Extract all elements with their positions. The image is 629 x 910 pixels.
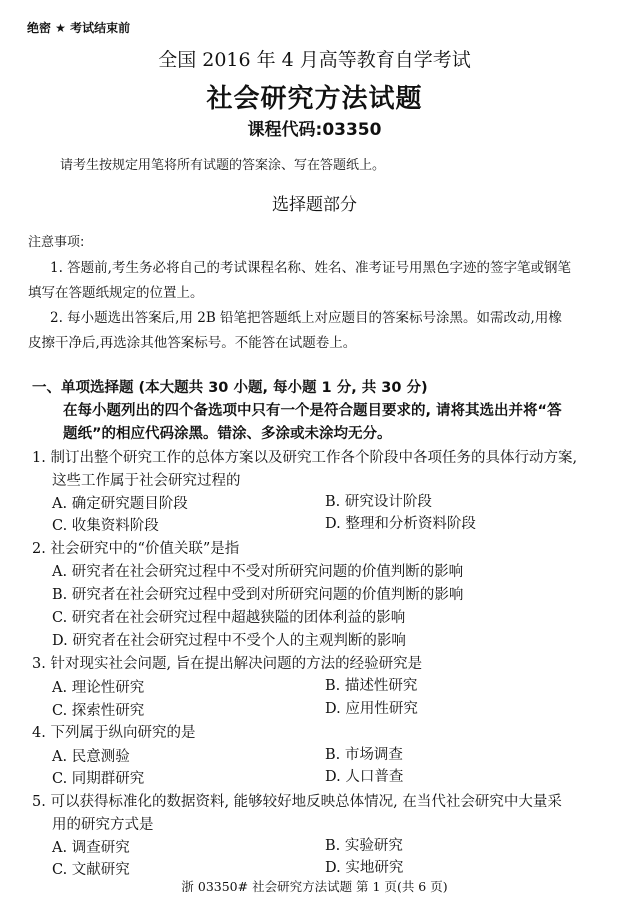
- note-1-line-1: 1. 答题前,考生务必将自己的考试课程名称、姓名、准考证号用黑色字迹的签字笔或钢…: [50, 256, 571, 276]
- exam-page: 绝密 ★ 考试结束前 全国 2016 年 4 月高等教育自学考试 社会研究方法试…: [0, 0, 629, 910]
- question-5-option-d: D. 实地研究: [325, 856, 403, 877]
- question-1-option-a: A. 确定研究题目阶段: [52, 492, 188, 513]
- question-4-option-d: D. 人口普查: [325, 765, 403, 786]
- question-2-option-a: A. 研究者在社会研究过程中不受对所研究问题的价值判断的影响: [52, 560, 463, 581]
- question-3-option-c: C. 探索性研究: [52, 699, 144, 720]
- page-footer: 浙 03350# 社会研究方法试题 第 1 页(共 6 页): [0, 877, 629, 895]
- question-3-stem: 3. 针对现实社会问题, 旨在提出解决问题的方法的经验研究是: [32, 652, 422, 673]
- question-3-option-a: A. 理论性研究: [52, 676, 144, 697]
- question-2-option-b: B. 研究者在社会研究过程中受到对所研究问题的价值判断的影响: [52, 583, 463, 604]
- question-4-option-b: B. 市场调查: [325, 743, 403, 764]
- question-1-stem-line-2: 这些工作属于社会研究过程的: [52, 469, 241, 490]
- question-5-stem-line-1: 5. 可以获得标准化的数据资料, 能够较好地反映总体情况, 在当代社会研究中大量…: [32, 790, 562, 811]
- question-1-stem-line-1: 1. 制订出整个研究工作的总体方案以及研究工作各个阶段中各项任务的具体行动方案,: [32, 446, 577, 467]
- question-5-option-a: A. 调查研究: [52, 836, 130, 857]
- question-1-option-b: B. 研究设计阶段: [325, 490, 432, 511]
- question-1-option-c: C. 收集资料阶段: [52, 514, 159, 535]
- note-1-line-2: 填写在答题纸规定的位置上。: [28, 281, 204, 301]
- question-4-option-a: A. 民意测验: [52, 745, 130, 766]
- question-3-option-b: B. 描述性研究: [325, 674, 417, 695]
- question-5-stem-line-2: 用的研究方式是: [52, 813, 154, 834]
- part-one-directions-2: 题纸”的相应代码涂黑。错涂、多涂或未涂均无分。: [63, 422, 392, 443]
- question-5-option-c: C. 文献研究: [52, 858, 130, 879]
- section-title: 选择题部分: [0, 190, 629, 215]
- part-one-heading: 一、单项选择题 (本大题共 30 小题, 每小题 1 分, 共 30 分): [32, 376, 428, 397]
- question-4-stem: 4. 下列属于纵向研究的是: [32, 721, 195, 742]
- secret-mark: 绝密 ★ 考试结束前: [27, 19, 130, 36]
- question-2-option-d: D. 研究者在社会研究过程中不受个人的主观判断的影响: [52, 629, 406, 650]
- subject-title: 社会研究方法试题: [0, 78, 629, 115]
- note-2-line-2: 皮擦干净后,再选涂其他答案标号。不能答在试题卷上。: [28, 331, 356, 351]
- instruction: 请考生按规定用笔将所有试题的答案涂、写在答题纸上。: [60, 154, 385, 173]
- question-3-option-d: D. 应用性研究: [325, 697, 418, 718]
- part-one-directions-1: 在每小题列出的四个备选项中只有一个是符合题目要求的, 请将其选出并将“答: [63, 399, 562, 420]
- question-4-option-c: C. 同期群研究: [52, 767, 144, 788]
- question-2-stem: 2. 社会研究中的“价值关联”是指: [32, 537, 239, 558]
- exam-title: 全国 2016 年 4 月高等教育自学考试: [0, 45, 629, 72]
- notes-label: 注意事项:: [28, 231, 84, 250]
- question-5-option-b: B. 实验研究: [325, 834, 403, 855]
- question-2-option-c: C. 研究者在社会研究过程中超越狭隘的团体利益的影响: [52, 606, 405, 627]
- question-1-option-d: D. 整理和分析资料阶段: [325, 512, 476, 533]
- course-code: 课程代码:03350: [0, 115, 629, 140]
- note-2-line-1: 2. 每小题选出答案后,用 2B 铅笔把答题纸上对应题目的答案标号涂黑。如需改动…: [50, 306, 562, 326]
